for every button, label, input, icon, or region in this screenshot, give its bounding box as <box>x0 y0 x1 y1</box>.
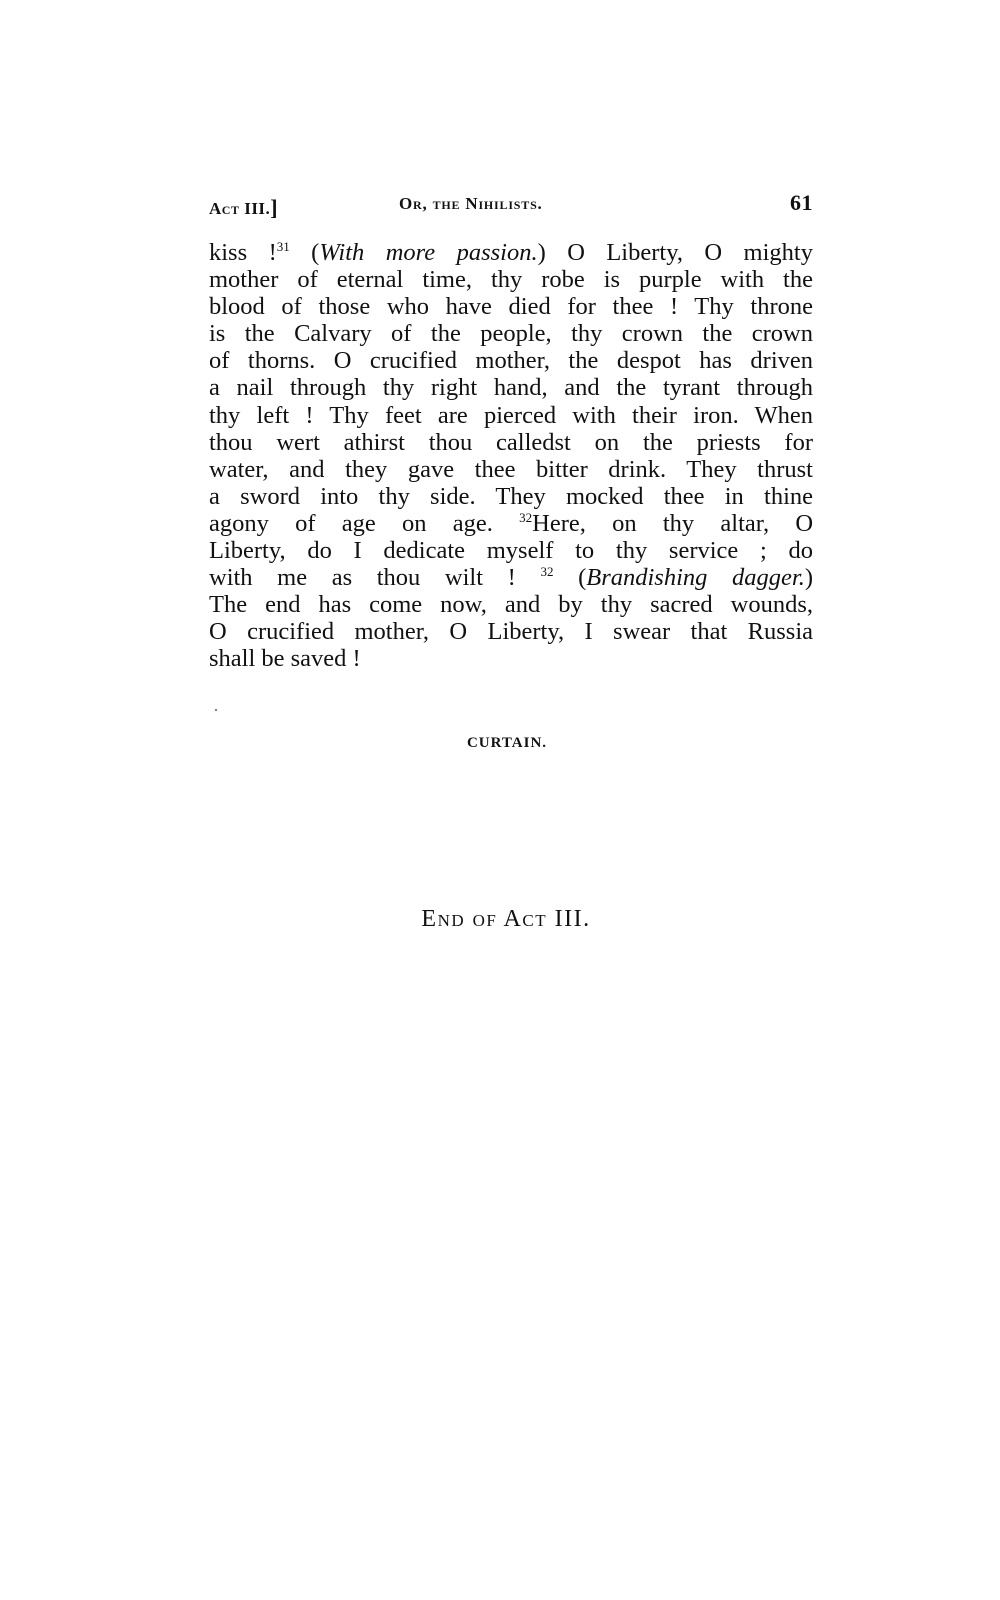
text-line-content: thou wert athirst thou calledst on the p… <box>209 429 813 456</box>
footnote-marker: 32 <box>519 510 532 525</box>
stage-direction-curtain: CURTAIN. <box>0 735 1000 752</box>
page-number: 61 <box>790 190 813 216</box>
text-line: thou wert athirst thou calledst on the p… <box>209 429 813 456</box>
text-segment: mother of eternal time, thy robe is purp… <box>209 266 813 293</box>
text-segment: thou wert athirst thou calledst on the p… <box>209 429 813 456</box>
text-line-content: The end has come now, and by thy sacred … <box>209 591 813 618</box>
running-head-act: Act III.] <box>209 194 278 220</box>
text-segment: agony of age on age. <box>209 510 519 537</box>
text-line-content: water, and they gave thee bitter drink. … <box>209 456 813 483</box>
text-segment: O crucified mother, O Liberty, I swear t… <box>209 618 813 645</box>
text-segment: kiss ! <box>209 239 277 266</box>
text-segment: Here, on thy altar, O <box>532 510 813 537</box>
running-head: Act III.] Or, the Nihilists. 61 <box>209 190 813 216</box>
text-segment: a sword into thy side. They mocked thee … <box>209 483 813 510</box>
text-line: mother of eternal time, thy robe is purp… <box>209 266 813 293</box>
text-line-content: O crucified mother, O Liberty, I swear t… <box>209 618 813 645</box>
text-segment: ) O Liberty, O mighty <box>538 239 813 266</box>
end-of-act-heading: End of Act III. <box>0 906 1000 933</box>
running-head-title: Or, the Nihilists. <box>399 194 543 214</box>
text-line: with me as thou wilt ! 32 (Brandishing d… <box>209 564 813 591</box>
footnote-marker: 31 <box>277 239 290 254</box>
footnote-marker: 32 <box>540 564 553 579</box>
text-line-content: with me as thou wilt ! 32 (Brandishing d… <box>209 564 813 591</box>
text-line: kiss !31 (With more passion.) O Liberty,… <box>209 239 813 266</box>
text-segment: a nail through thy right hand, and the t… <box>209 374 813 401</box>
text-segment: is the Calvary of the people, thy crown … <box>209 320 813 347</box>
text-line: blood of those who have died for thee ! … <box>209 293 813 320</box>
text-line: water, and they gave thee bitter drink. … <box>209 456 813 483</box>
text-line: a nail through thy right hand, and the t… <box>209 374 813 401</box>
text-line: shall be saved ! <box>209 645 813 672</box>
book-page: Act III.] Or, the Nihilists. 61 kiss !31… <box>0 0 1000 1600</box>
text-line: agony of age on age. 32Here, on thy alta… <box>209 510 813 537</box>
text-line-content: mother of eternal time, thy robe is purp… <box>209 266 813 293</box>
print-speck <box>215 709 217 711</box>
text-line: of thorns. O crucified mother, the despo… <box>209 347 813 374</box>
text-segment: shall be saved ! <box>209 645 361 672</box>
text-segment: with me as thou wilt ! <box>209 564 540 591</box>
stage-direction-inline: Brandishing dagger. <box>586 564 805 591</box>
text-line: O crucified mother, O Liberty, I swear t… <box>209 618 813 645</box>
text-line-content: a sword into thy side. They mocked thee … <box>209 483 813 510</box>
running-head-bracket: ] <box>270 195 278 220</box>
text-segment: of thorns. O crucified mother, the despo… <box>209 347 813 374</box>
text-line-content: shall be saved ! <box>209 645 813 672</box>
text-segment: water, and they gave thee bitter drink. … <box>209 456 813 483</box>
speech-paragraph: kiss !31 (With more passion.) O Liberty,… <box>209 239 813 673</box>
text-line: thy left ! Thy feet are pierced with the… <box>209 402 813 429</box>
text-line: a sword into thy side. They mocked thee … <box>209 483 813 510</box>
text-line-content: blood of those who have died for thee ! … <box>209 293 813 320</box>
text-segment: ( <box>290 239 320 266</box>
stage-direction-inline: With more passion. <box>319 239 537 266</box>
text-line-content: a nail through thy right hand, and the t… <box>209 374 813 401</box>
text-line: is the Calvary of the people, thy crown … <box>209 320 813 347</box>
text-line-content: Liberty, do I dedicate myself to thy ser… <box>209 537 813 564</box>
text-segment: blood of those who have died for thee ! … <box>209 293 813 320</box>
text-line: The end has come now, and by thy sacred … <box>209 591 813 618</box>
text-segment: thy left ! Thy feet are pierced with the… <box>209 402 813 429</box>
text-line-content: kiss !31 (With more passion.) O Liberty,… <box>209 239 813 266</box>
text-line-content: of thorns. O crucified mother, the despo… <box>209 347 813 374</box>
text-line: Liberty, do I dedicate myself to thy ser… <box>209 537 813 564</box>
text-line-content: thy left ! Thy feet are pierced with the… <box>209 402 813 429</box>
text-segment: ( <box>553 564 586 591</box>
text-segment: The end has come now, and by thy sacred … <box>209 591 813 618</box>
text-segment: ) <box>805 564 813 591</box>
text-line-content: is the Calvary of the people, thy crown … <box>209 320 813 347</box>
text-segment: Liberty, do I dedicate myself to thy ser… <box>209 537 813 564</box>
text-line-content: agony of age on age. 32Here, on thy alta… <box>209 510 813 537</box>
